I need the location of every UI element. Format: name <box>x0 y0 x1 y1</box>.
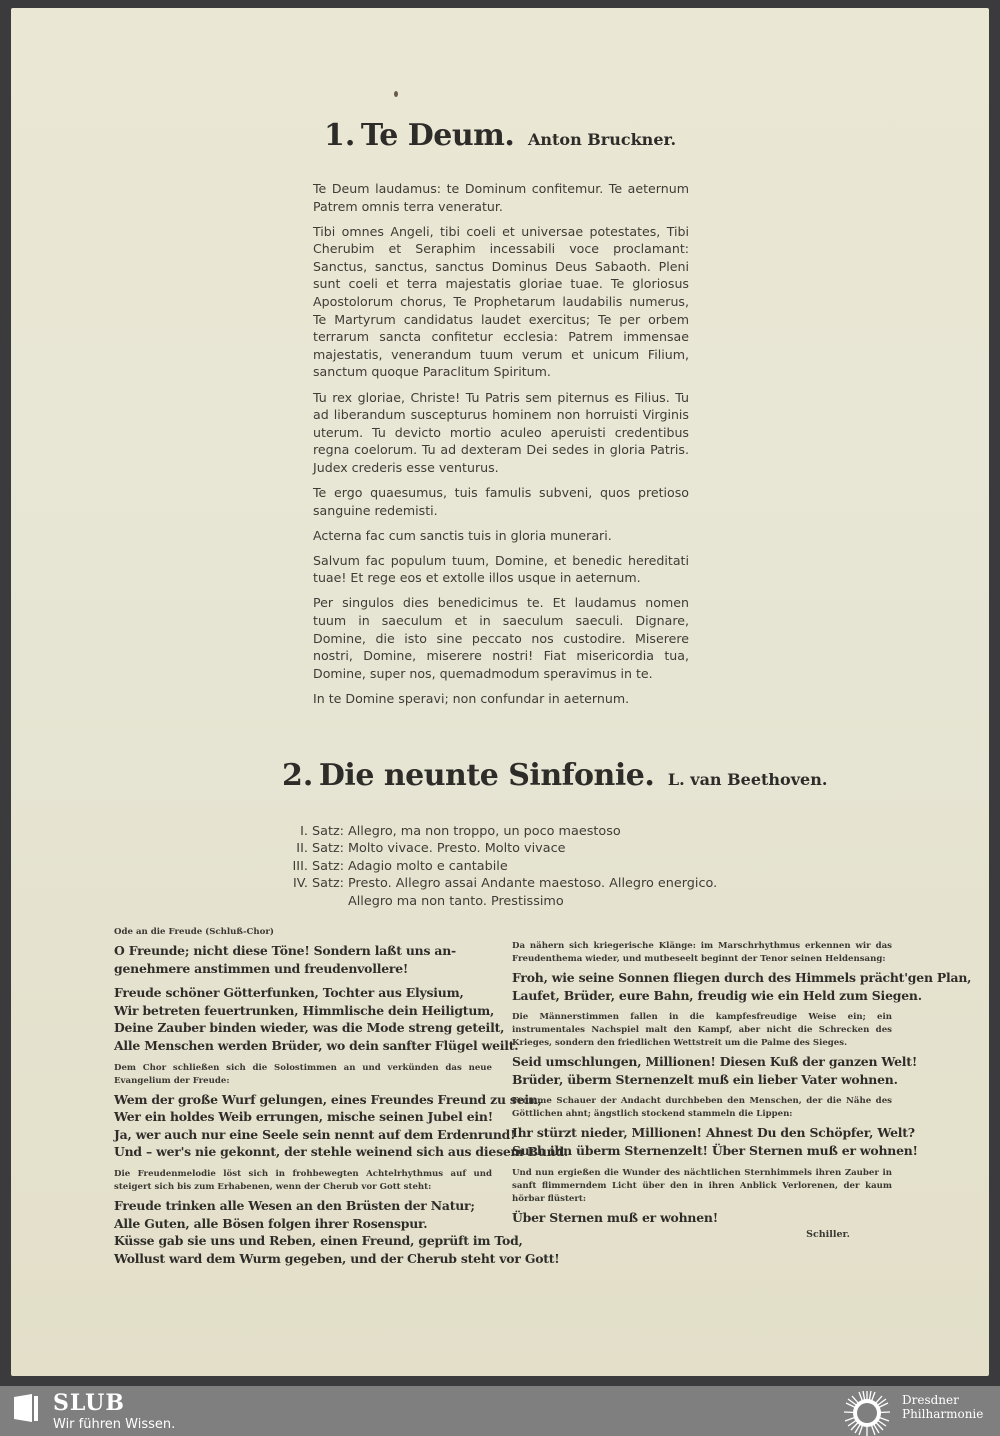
paragraph: Tibi omnes Angeli, tibi coeli et univers… <box>313 223 689 381</box>
paragraph: Te ergo quaesumus, tuis famulis subveni,… <box>313 484 689 519</box>
section-2-heading: 2. Die neunte Sinfonie. L. van Beethoven… <box>282 758 827 793</box>
section-1-heading: 1. Te Deum. Anton Bruckner. <box>0 118 1000 153</box>
movement-tempo: Presto. Allegro assai Andante maestoso. … <box>348 875 722 910</box>
paragraph: In te Domine speravi; non confundar in a… <box>313 690 689 708</box>
movement-label: IV. Satz: <box>282 875 348 910</box>
verse: Wem der große Wurf gelungen, eines Freun… <box>114 1091 492 1161</box>
slub-logo-name[interactable]: SLUB <box>53 1390 125 1416</box>
verse: Freude schöner Götterfunken, Tochter aus… <box>114 984 492 1054</box>
movement-list: I. Satz: Allegro, ma non troppo, un poco… <box>282 823 722 910</box>
slub-logo-tagline: Wir führen Wissen. <box>53 1417 175 1432</box>
paragraph: Te Deum laudamus: te Dominum confitemur.… <box>313 180 689 215</box>
verse: Über Sternen muß er wohnen! <box>512 1209 892 1227</box>
movement-label: I. Satz: <box>282 823 348 840</box>
ode-left-column: Ode an die Freude (Schluß-Chor) O Freund… <box>114 926 492 1274</box>
verse-line: Seid umschlungen, Millionen! Diesen Kuß … <box>512 1053 892 1071</box>
verse-line: Brüder, überm Sternenzelt muß ein lieber… <box>512 1071 892 1089</box>
movement-item: II. Satz: Molto vivace. Presto. Molto vi… <box>282 840 722 857</box>
verse-line: Laufet, Brüder, eure Bahn, freudig wie e… <box>512 987 892 1005</box>
verse-line: Über Sternen muß er wohnen! <box>512 1209 892 1227</box>
stage-note: Die Freudenmelodie löst sich in frohbewe… <box>114 1168 492 1194</box>
verse-line: Wir betreten feuertrunken, Himmlische de… <box>114 1002 492 1020</box>
section-2-title: Die neunte Sinfonie. <box>319 758 654 793</box>
verse-line: Deine Zauber binden wieder, was die Mode… <box>114 1019 492 1037</box>
verse: Seid umschlungen, Millionen! Diesen Kuß … <box>512 1053 892 1088</box>
philharmonie-line-2: Philharmonie <box>902 1407 983 1421</box>
movement-label: II. Satz: <box>282 840 348 857</box>
verse: O Freunde; nicht diese Töne! Sondern laß… <box>114 942 492 977</box>
stage-note: Dem Chor schließen sich die Solostimmen … <box>114 1062 492 1088</box>
paragraph: Acterna fac cum sanctis tuis in gloria m… <box>313 527 689 545</box>
verse-line: Wollust ward dem Wurm gegeben, und der C… <box>114 1250 492 1268</box>
verse-line: Alle Menschen werden Brüder, wo dein san… <box>114 1037 492 1055</box>
section-1-number: 1. <box>324 118 355 153</box>
verse-line: Ja, wer auch nur eine Seele sein nennt a… <box>114 1126 492 1144</box>
sunburst-ring-icon[interactable] <box>842 1390 892 1436</box>
stage-note: Da nähern sich kriegerische Klänge: im M… <box>512 940 892 966</box>
verse-line: Wer ein holdes Weib errungen, mische sei… <box>114 1108 492 1126</box>
verse: Ihr stürzt nieder, Millionen! Ahnest Du … <box>512 1124 892 1159</box>
movement-item: IV. Satz: Presto. Allegro assai Andante … <box>282 875 722 910</box>
verse-line: Wem der große Wurf gelungen, eines Freun… <box>114 1091 492 1109</box>
verse-line: Und – wer's nie gekonnt, der stehle wein… <box>114 1143 492 1161</box>
stage-note: Fromme Schauer der Andacht durchbeben de… <box>512 1095 892 1121</box>
verse: Froh, wie seine Sonnen fliegen durch des… <box>512 969 892 1004</box>
movement-item: III. Satz: Adagio molto e cantabile <box>282 858 722 875</box>
movement-label: III. Satz: <box>282 858 348 875</box>
movement-tempo: Adagio molto e cantabile <box>348 858 722 875</box>
movement-item: I. Satz: Allegro, ma non troppo, un poco… <box>282 823 722 840</box>
ode-right-column: Da nähern sich kriegerische Klänge: im M… <box>512 940 892 1240</box>
verse-line: genehmere anstimmen und freudenvollere! <box>114 960 492 978</box>
movement-tempo: Molto vivace. Presto. Molto vivace <box>348 840 722 857</box>
stage-note: Die Männerstimmen fallen in die kampfesf… <box>512 1011 892 1050</box>
section-2-composer: L. van Beethoven. <box>668 770 828 789</box>
ink-speck <box>394 91 398 97</box>
verse-line: Ihr stürzt nieder, Millionen! Ahnest Du … <box>512 1124 892 1142</box>
verse-line: Froh, wie seine Sonnen fliegen durch des… <box>512 969 892 987</box>
paragraph: Tu rex gloriae, Christe! Tu Patris sem p… <box>313 389 689 477</box>
book-pages-icon <box>14 1394 40 1422</box>
verse-line: Freude trinken alle Wesen an den Brüsten… <box>114 1197 492 1215</box>
philharmonie-line-1: Dresdner <box>902 1393 983 1407</box>
verse-line: Alle Guten, alle Bösen folgen ihrer Rose… <box>114 1215 492 1233</box>
philharmonie-logo-name[interactable]: Dresdner Philharmonie <box>902 1393 983 1421</box>
te-deum-text: Te Deum laudamus: te Dominum confitemur.… <box>313 180 689 715</box>
section-1-title: Te Deum. <box>361 118 515 153</box>
footer-bar: SLUB Wir führen Wissen. Dresdner Philhar… <box>0 1386 1000 1436</box>
author-signature: Schiller. <box>512 1229 892 1240</box>
ode-heading: Ode an die Freude (Schluß-Chor) <box>114 926 492 939</box>
paragraph: Salvum fac populum tuum, Domine, et bene… <box>313 552 689 587</box>
section-1-composer: Anton Bruckner. <box>528 130 676 149</box>
verse-line: Freude schöner Götterfunken, Tochter aus… <box>114 984 492 1002</box>
verse: Freude trinken alle Wesen an den Brüsten… <box>114 1197 492 1267</box>
verse-line: Küsse gab sie uns und Reben, einen Freun… <box>114 1232 492 1250</box>
paragraph: Per singulos dies benedicimus te. Et lau… <box>313 594 689 682</box>
section-2-number: 2. <box>282 758 313 793</box>
verse-line: O Freunde; nicht diese Töne! Sondern laß… <box>114 942 492 960</box>
verse-line: Such ihn überm Sternenzelt! Über Sternen… <box>512 1142 892 1160</box>
movement-tempo: Allegro, ma non troppo, un poco maestoso <box>348 823 722 840</box>
stage-note: Und nun ergießen die Wunder des nächtlic… <box>512 1167 892 1206</box>
